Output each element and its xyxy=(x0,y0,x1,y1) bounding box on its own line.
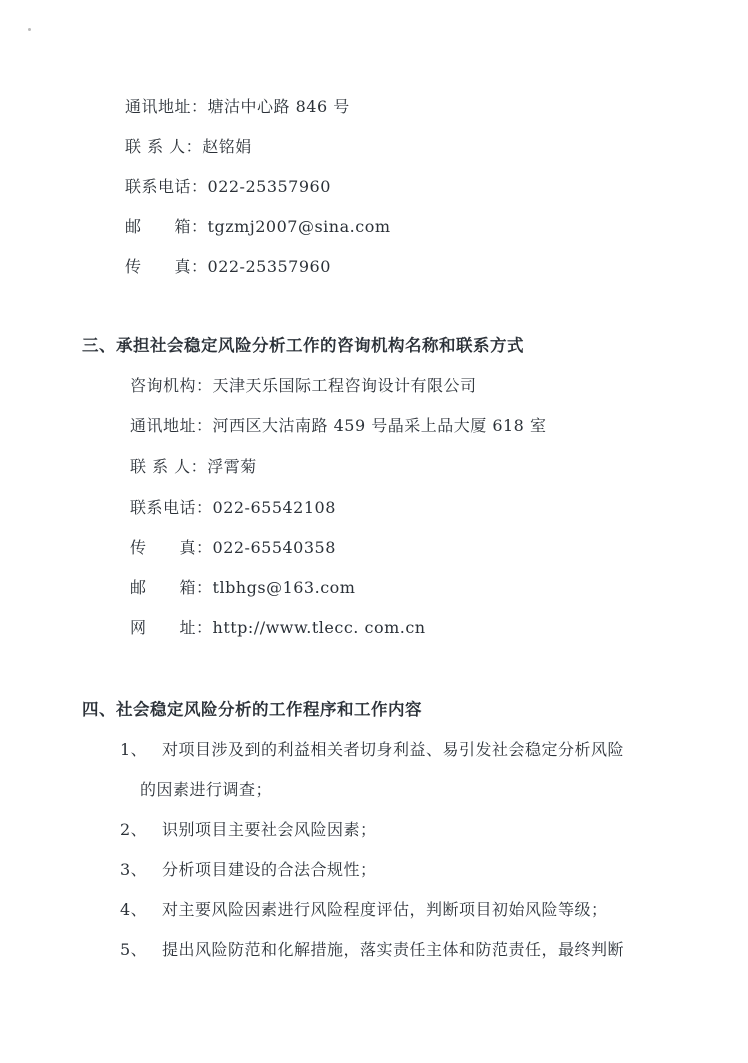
scan-speck xyxy=(28,28,31,31)
consult-row-person: 联 系 人：浮霄菊 xyxy=(130,457,257,477)
item-number: 2、 xyxy=(120,820,162,840)
consult-row-email: 邮 箱：tlbhgs@163.com xyxy=(130,578,355,598)
contact-row-fax: 传 真：022-25357960 xyxy=(125,257,331,277)
item-text: 对主要风险因素进行风险程度评估，判断项目初始风险等级； xyxy=(162,900,608,919)
row-value: 022-25357960 xyxy=(208,177,331,196)
contact-row-email: 邮 箱：tgzmj2007@sina.com xyxy=(125,217,391,237)
row-value: 022-25357960 xyxy=(208,257,331,276)
item-number: 3、 xyxy=(120,860,162,880)
item-text: 识别项目主要社会风险因素； xyxy=(162,820,377,839)
list-item-2: 2、识别项目主要社会风险因素； xyxy=(120,820,377,840)
consult-row-fax: 传 真：022-65540358 xyxy=(130,538,336,558)
consult-row-website: 网 址：http://www.tlecc. com.cn xyxy=(130,618,426,638)
item-text: 对项目涉及到的利益相关者切身利益、易引发社会稳定分析风险 xyxy=(162,740,624,759)
row-label: 联系电话： xyxy=(130,498,213,518)
row-label: 咨询机构： xyxy=(130,376,213,396)
row-value: tlbhgs@163.com xyxy=(213,578,356,597)
row-value: 022-65542108 xyxy=(213,498,336,517)
contact-row-address: 通讯地址：塘沽中心路 846 号 xyxy=(125,97,350,117)
row-value: http://www.tlecc. com.cn xyxy=(213,618,426,637)
row-value: 河西区大沽南路 459 号晶采上品大厦 618 室 xyxy=(213,416,547,435)
row-value: 赵铭娟 xyxy=(202,137,252,156)
row-label: 通讯地址： xyxy=(125,97,208,117)
contact-row-phone: 联系电话：022-25357960 xyxy=(125,177,331,197)
item-text: 分析项目建设的合法合规性； xyxy=(162,860,377,879)
row-label: 联 系 人： xyxy=(125,137,202,157)
list-item-1-continuation: 的因素进行调查； xyxy=(140,780,272,800)
item-number: 1、 xyxy=(120,740,162,760)
item-number: 5、 xyxy=(120,940,162,960)
row-value: tgzmj2007@sina.com xyxy=(208,217,391,236)
row-label: 网 址： xyxy=(130,618,213,638)
row-value: 浮霄菊 xyxy=(207,457,257,476)
section-4-heading: 四、社会稳定风险分析的工作程序和工作内容 xyxy=(82,700,422,720)
item-text: 提出风险防范和化解措施，落实责任主体和防范责任，最终判断 xyxy=(162,940,624,959)
list-item-4: 4、对主要风险因素进行风险程度评估，判断项目初始风险等级； xyxy=(120,900,608,920)
row-label: 通讯地址： xyxy=(130,416,213,436)
row-value: 022-65540358 xyxy=(213,538,336,557)
item-number: 4、 xyxy=(120,900,162,920)
contact-row-person: 联 系 人：赵铭娟 xyxy=(125,137,252,157)
list-item-1: 1、对项目涉及到的利益相关者切身利益、易引发社会稳定分析风险 xyxy=(120,740,624,760)
consult-row-phone: 联系电话：022-65542108 xyxy=(130,498,336,518)
row-value: 塘沽中心路 846 号 xyxy=(208,97,350,116)
list-item-5: 5、提出风险防范和化解措施，落实责任主体和防范责任，最终判断 xyxy=(120,940,624,960)
list-item-3: 3、分析项目建设的合法合规性； xyxy=(120,860,377,880)
row-label: 传 真： xyxy=(125,257,208,277)
consult-row-agency: 咨询机构：天津天乐国际工程咨询设计有限公司 xyxy=(130,376,477,396)
row-label: 邮 箱： xyxy=(130,578,213,598)
row-label: 邮 箱： xyxy=(125,217,208,237)
row-value: 天津天乐国际工程咨询设计有限公司 xyxy=(213,376,477,395)
row-label: 传 真： xyxy=(130,538,213,558)
consult-row-address: 通讯地址：河西区大沽南路 459 号晶采上品大厦 618 室 xyxy=(130,416,546,436)
section-3-heading: 三、承担社会稳定风险分析工作的咨询机构名称和联系方式 xyxy=(82,336,524,356)
row-label: 联系电话： xyxy=(125,177,208,197)
row-label: 联 系 人： xyxy=(130,457,207,477)
